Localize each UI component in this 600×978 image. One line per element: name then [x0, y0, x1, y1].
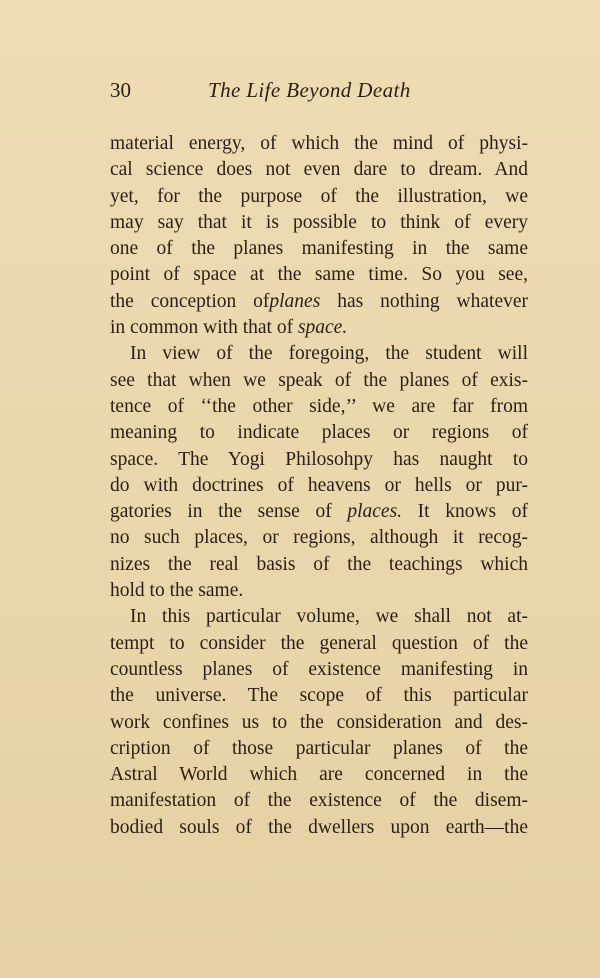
text-line: no such places, or regions, although it … — [110, 525, 528, 551]
text-line: point of space at the same time. So you … — [110, 262, 528, 288]
text-line: nizes the real basis of the teachings wh… — [110, 552, 528, 578]
text-line: cription of those particular planes of t… — [110, 736, 528, 762]
text-line: do with doctrines of heavens or hells or… — [110, 473, 528, 499]
paragraph-3: In this particular volume, we shall not … — [110, 604, 528, 841]
text-line: manifestation of the existence of the di… — [110, 788, 528, 814]
text-line: tence of ‘‘the other side,’’ we are far … — [110, 394, 528, 420]
italic-emphasis: planes — [269, 291, 320, 312]
page-number: 30 — [110, 78, 131, 103]
text-line: meaning to indicate places or regions of — [110, 420, 528, 446]
text-run: gatories in the sense of — [110, 501, 347, 522]
text-line: hold to the same. — [110, 578, 528, 604]
text-line: In this particular volume, we shall not … — [110, 604, 528, 630]
text-run: the conception of — [110, 291, 269, 312]
text-line: tempt to consider the general question o… — [110, 631, 528, 657]
text-run: has nothing whatever — [320, 291, 528, 312]
text-line: Astral World which are concerned in the — [110, 762, 528, 788]
body-text: material energy, of which the mind of ph… — [110, 131, 528, 841]
italic-emphasis: space. — [298, 317, 347, 338]
text-line: In view of the foregoing, the student wi… — [110, 341, 528, 367]
text-run: in common with that of — [110, 317, 298, 338]
italic-emphasis: places. — [347, 501, 402, 522]
text-line: the conception ofplanes has nothing what… — [110, 289, 528, 315]
text-line: the universe. The scope of this particul… — [110, 683, 528, 709]
text-line: work confines us to the consideration an… — [110, 710, 528, 736]
text-line: cal science does not even dare to dream.… — [110, 157, 528, 183]
text-line: yet, for the purpose of the illustration… — [110, 184, 528, 210]
text-line: countless planes of existence manifestin… — [110, 657, 528, 683]
paragraph-2: In view of the foregoing, the student wi… — [110, 341, 528, 604]
paragraph-1: material energy, of which the mind of ph… — [110, 131, 528, 341]
text-run: It knows of — [402, 501, 528, 522]
text-line: one of the planes manifesting in the sam… — [110, 236, 528, 262]
running-title: The Life Beyond Death — [208, 78, 411, 103]
text-line: in common with that of space. — [110, 315, 528, 341]
text-line: space. The Yogi Philosohpy has naught to — [110, 447, 528, 473]
page-header: 30 The Life Beyond Death — [110, 78, 530, 108]
text-line: may say that it is possible to think of … — [110, 210, 528, 236]
text-line: material energy, of which the mind of ph… — [110, 131, 528, 157]
book-page: 30 The Life Beyond Death material energy… — [0, 0, 600, 978]
text-line: bodied souls of the dwellers upon earth—… — [110, 815, 528, 841]
text-line: gatories in the sense of places. It know… — [110, 499, 528, 525]
text-line: see that when we speak of the planes of … — [110, 368, 528, 394]
